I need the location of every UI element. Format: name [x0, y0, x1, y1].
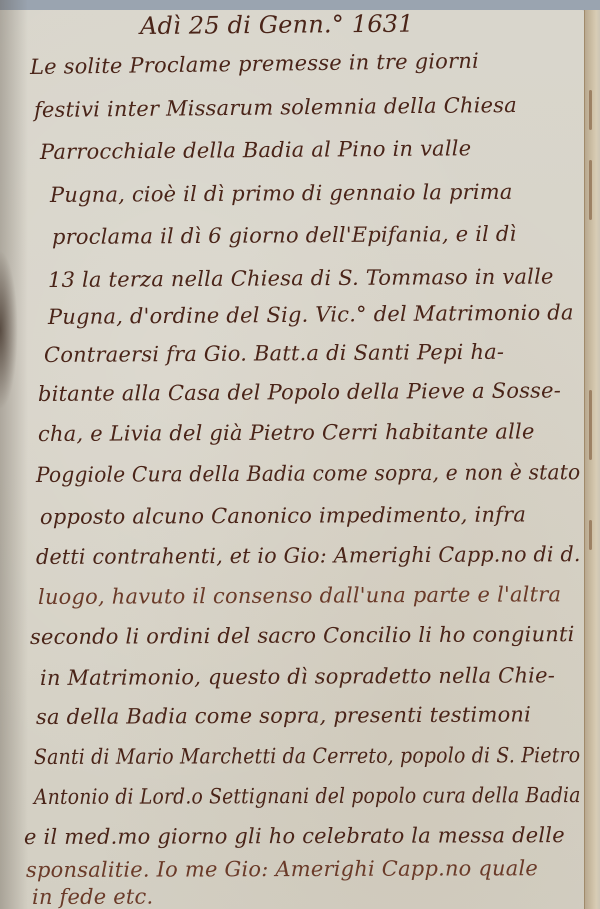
document-photo: Adì 25 di Genn.° 1631 Le solite Proclame… [0, 0, 600, 909]
manuscript-line: Contraersi fra Gio. Batt.a di Santi Pepi… [44, 340, 504, 367]
manuscript-line: proclama il dì 6 giorno dell'Epifania, e… [52, 222, 517, 249]
manuscript-line: luogo, havuto il consenso dall'una parte… [38, 582, 561, 609]
manuscript-line: opposto alcuno Canonico impedimento, inf… [40, 502, 526, 529]
page-edge [584, 10, 600, 909]
manuscript-line: Pugna, cioè il dì primo di gennaio la pr… [50, 180, 513, 207]
manuscript-line: sa della Badia come sopra, presenti test… [36, 702, 531, 729]
manuscript-line: detti contrahenti, et io Gio: Amerighi C… [36, 542, 581, 569]
manuscript-line: Antonio di Lord.o Settignani del popolo … [34, 783, 581, 809]
manuscript-line: bitante alla Casa del Popolo della Pieve… [38, 378, 561, 406]
manuscript-line: in fede etc. [32, 885, 153, 909]
manuscript-line: festivi inter Missarum solemnia della Ch… [34, 93, 517, 122]
manuscript-line: Poggiole Cura della Badia come sopra, e … [36, 460, 580, 487]
manuscript-line: Santi di Mario Marchetti da Cerreto, pop… [34, 743, 580, 769]
edge-stain [589, 390, 592, 460]
binding-shadow [0, 0, 28, 909]
edge-stain [589, 90, 592, 130]
entry-date-heading: Adì 25 di Genn.° 1631 [140, 10, 414, 40]
edge-stain [589, 520, 592, 550]
manuscript-line: sponsalitie. Io me Gio: Amerighi Capp.no… [26, 856, 538, 882]
manuscript-line: Parrocchiale della Badia al Pino in vall… [40, 136, 471, 164]
manuscript-line: e il med.mo giorno gli ho celebrato la m… [24, 823, 565, 849]
edge-stain [589, 160, 592, 220]
manuscript-line: in Matrimonio, questo dì sopradetto nell… [40, 663, 555, 690]
manuscript-line: cha, e Livia del già Pietro Cerri habita… [38, 419, 535, 446]
manuscript-line: secondo li ordini del sacro Concilio li … [30, 622, 575, 649]
manuscript-line: 13 la terza nella Chiesa di S. Tommaso i… [48, 264, 554, 292]
manuscript-line: Pugna, d'ordine del Sig. Vic.° del Matri… [48, 300, 574, 329]
